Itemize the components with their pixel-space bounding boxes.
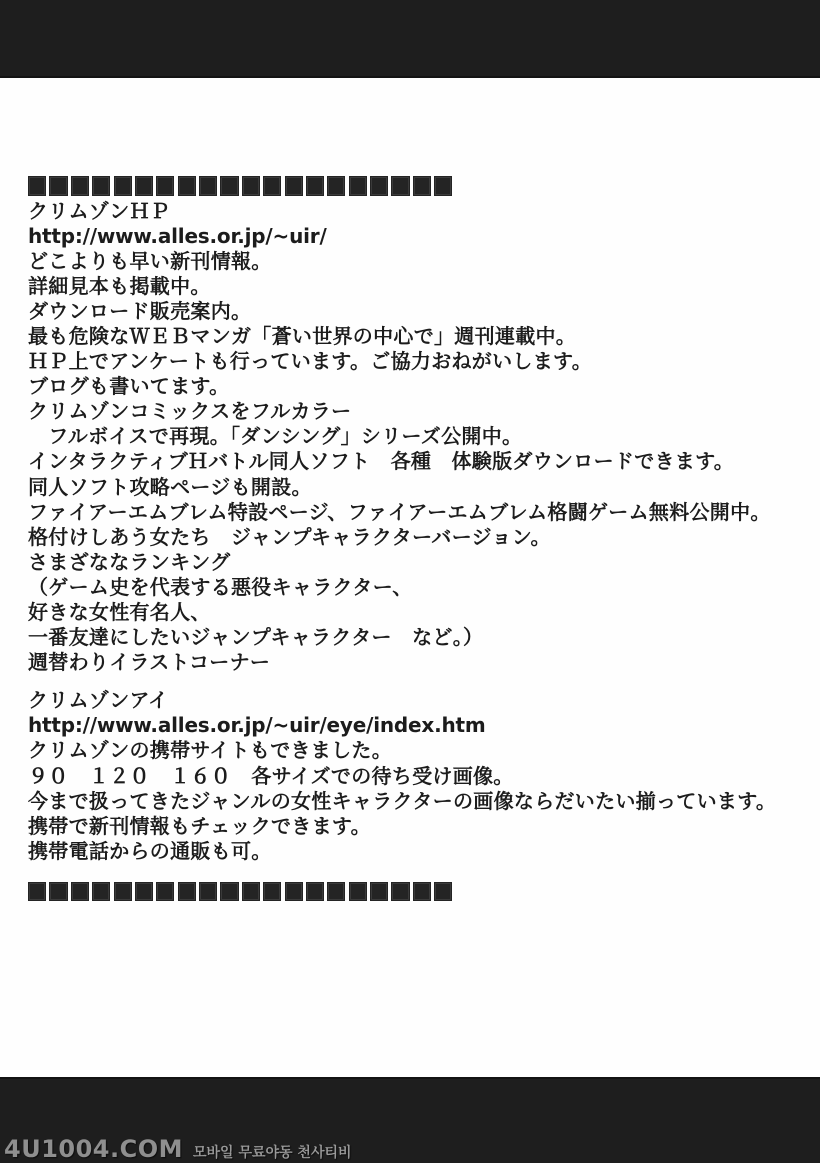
black-square bbox=[242, 176, 260, 196]
site-description-crimson-hp: どこよりも早い新刊情報。詳細見本も掲載中。ダウンロード販売案内。最も危険なＷＥＢ… bbox=[28, 249, 803, 676]
watermark-tagline: 모바일 무료야동 천사티비 bbox=[193, 1142, 352, 1162]
top-scan-border bbox=[0, 0, 820, 78]
black-square bbox=[135, 882, 153, 902]
site-title-crimson-hp: クリムゾンＨＰ bbox=[28, 199, 803, 224]
site-url-crimson-hp: http://www.alles.or.jp/~uir/ bbox=[28, 224, 803, 249]
text-line: どこよりも早い新刊情報。 bbox=[28, 249, 803, 274]
text-line: 今まで扱ってきたジャンルの女性キャラクターの画像ならだいたい揃っています。 bbox=[28, 789, 803, 814]
black-square bbox=[370, 176, 388, 196]
black-square bbox=[413, 882, 431, 902]
text-line: （ゲーム史を代表する悪役キャラクター、 bbox=[28, 575, 803, 600]
bottom-scan-border: 4U1004.COM 모바일 무료야동 천사티비 bbox=[0, 1077, 820, 1163]
text-line: 同人ソフト攻略ページも開設。 bbox=[28, 475, 803, 500]
black-square bbox=[178, 176, 196, 196]
black-square bbox=[156, 882, 174, 902]
divider-squares-top bbox=[28, 176, 803, 196]
text-line: 好きな女性有名人、 bbox=[28, 600, 803, 625]
black-square bbox=[285, 882, 303, 902]
black-square bbox=[327, 882, 345, 902]
site-description-crimson-eye: クリムゾンの携帯サイトもできました。９０ １２０ １６０ 各サイズでの待ち受け画… bbox=[28, 738, 803, 863]
page-text-block: クリムゾンＨＰ http://www.alles.or.jp/~uir/ どこよ… bbox=[28, 176, 803, 901]
section-crimson-eye: クリムゾンアイ http://www.alles.or.jp/~uir/eye/… bbox=[28, 688, 803, 864]
black-square bbox=[349, 882, 367, 902]
text-line: さまざななランキング bbox=[28, 550, 803, 575]
black-square bbox=[242, 882, 260, 902]
section-crimson-hp: クリムゾンＨＰ http://www.alles.or.jp/~uir/ どこよ… bbox=[28, 199, 803, 676]
black-square bbox=[413, 176, 431, 196]
black-square bbox=[178, 882, 196, 902]
text-line: 詳細見本も掲載中。 bbox=[28, 274, 803, 299]
text-line: 格付けしあう女たち ジャンプキャラクターバージョン。 bbox=[28, 525, 803, 550]
text-line: クリムゾンコミックスをフルカラー bbox=[28, 399, 803, 424]
black-square bbox=[114, 882, 132, 902]
black-square bbox=[135, 176, 153, 196]
black-square bbox=[220, 882, 238, 902]
black-square bbox=[49, 882, 67, 902]
text-line: 週替わりイラストコーナー bbox=[28, 650, 803, 675]
black-square bbox=[370, 882, 388, 902]
text-line: フルボイスで再現。「ダンシング」シリーズ公開中。 bbox=[28, 424, 803, 449]
black-square bbox=[285, 176, 303, 196]
black-square bbox=[92, 882, 110, 902]
watermark-site-name: 4U1004.COM bbox=[4, 1135, 183, 1163]
black-square bbox=[327, 176, 345, 196]
text-line: ファイアーエムブレム特設ページ、ファイアーエムブレム格闘ゲーム無料公開中。 bbox=[28, 500, 803, 525]
black-square bbox=[263, 882, 281, 902]
text-line: 一番友達にしたいジャンプキャラクター など。） bbox=[28, 625, 803, 650]
text-line: クリムゾンの携帯サイトもできました。 bbox=[28, 738, 803, 763]
black-square bbox=[391, 176, 409, 196]
text-line: ダウンロード販売案内。 bbox=[28, 299, 803, 324]
black-square bbox=[49, 176, 67, 196]
divider-squares-bottom bbox=[28, 882, 803, 902]
text-line: 最も危険なＷＥＢマンガ「蒼い世界の中心で」週刊連載中。 bbox=[28, 324, 803, 349]
black-square bbox=[349, 176, 367, 196]
black-square bbox=[28, 176, 46, 196]
text-line: ＨＰ上でアンケートも行っています。ご協力おねがいします。 bbox=[28, 349, 803, 374]
site-url-crimson-eye: http://www.alles.or.jp/~uir/eye/index.ht… bbox=[28, 713, 803, 738]
black-square bbox=[434, 176, 452, 196]
text-line: インタラクティブＨバトル同人ソフト 各種 体験版ダウンロードできます。 bbox=[28, 449, 803, 474]
text-line: ９０ １２０ １６０ 各サイズでの待ち受け画像。 bbox=[28, 764, 803, 789]
black-square bbox=[220, 176, 238, 196]
text-line: 携帯で新刊情報もチェックできます。 bbox=[28, 814, 803, 839]
scanned-page: クリムゾンＨＰ http://www.alles.or.jp/~uir/ どこよ… bbox=[0, 0, 820, 1163]
black-square bbox=[28, 882, 46, 902]
black-square bbox=[71, 176, 89, 196]
text-line: 携帯電話からの通販も可。 bbox=[28, 839, 803, 864]
black-square bbox=[199, 882, 217, 902]
site-title-crimson-eye: クリムゾンアイ bbox=[28, 688, 803, 713]
black-square bbox=[434, 882, 452, 902]
text-line: ブログも書いてます。 bbox=[28, 374, 803, 399]
black-square bbox=[156, 176, 174, 196]
black-square bbox=[306, 882, 324, 902]
black-square bbox=[199, 176, 217, 196]
watermark: 4U1004.COM 모바일 무료야동 천사티비 bbox=[4, 1135, 352, 1163]
black-square bbox=[391, 882, 409, 902]
black-square bbox=[71, 882, 89, 902]
black-square bbox=[92, 176, 110, 196]
black-square bbox=[306, 176, 324, 196]
black-square bbox=[263, 176, 281, 196]
black-square bbox=[114, 176, 132, 196]
